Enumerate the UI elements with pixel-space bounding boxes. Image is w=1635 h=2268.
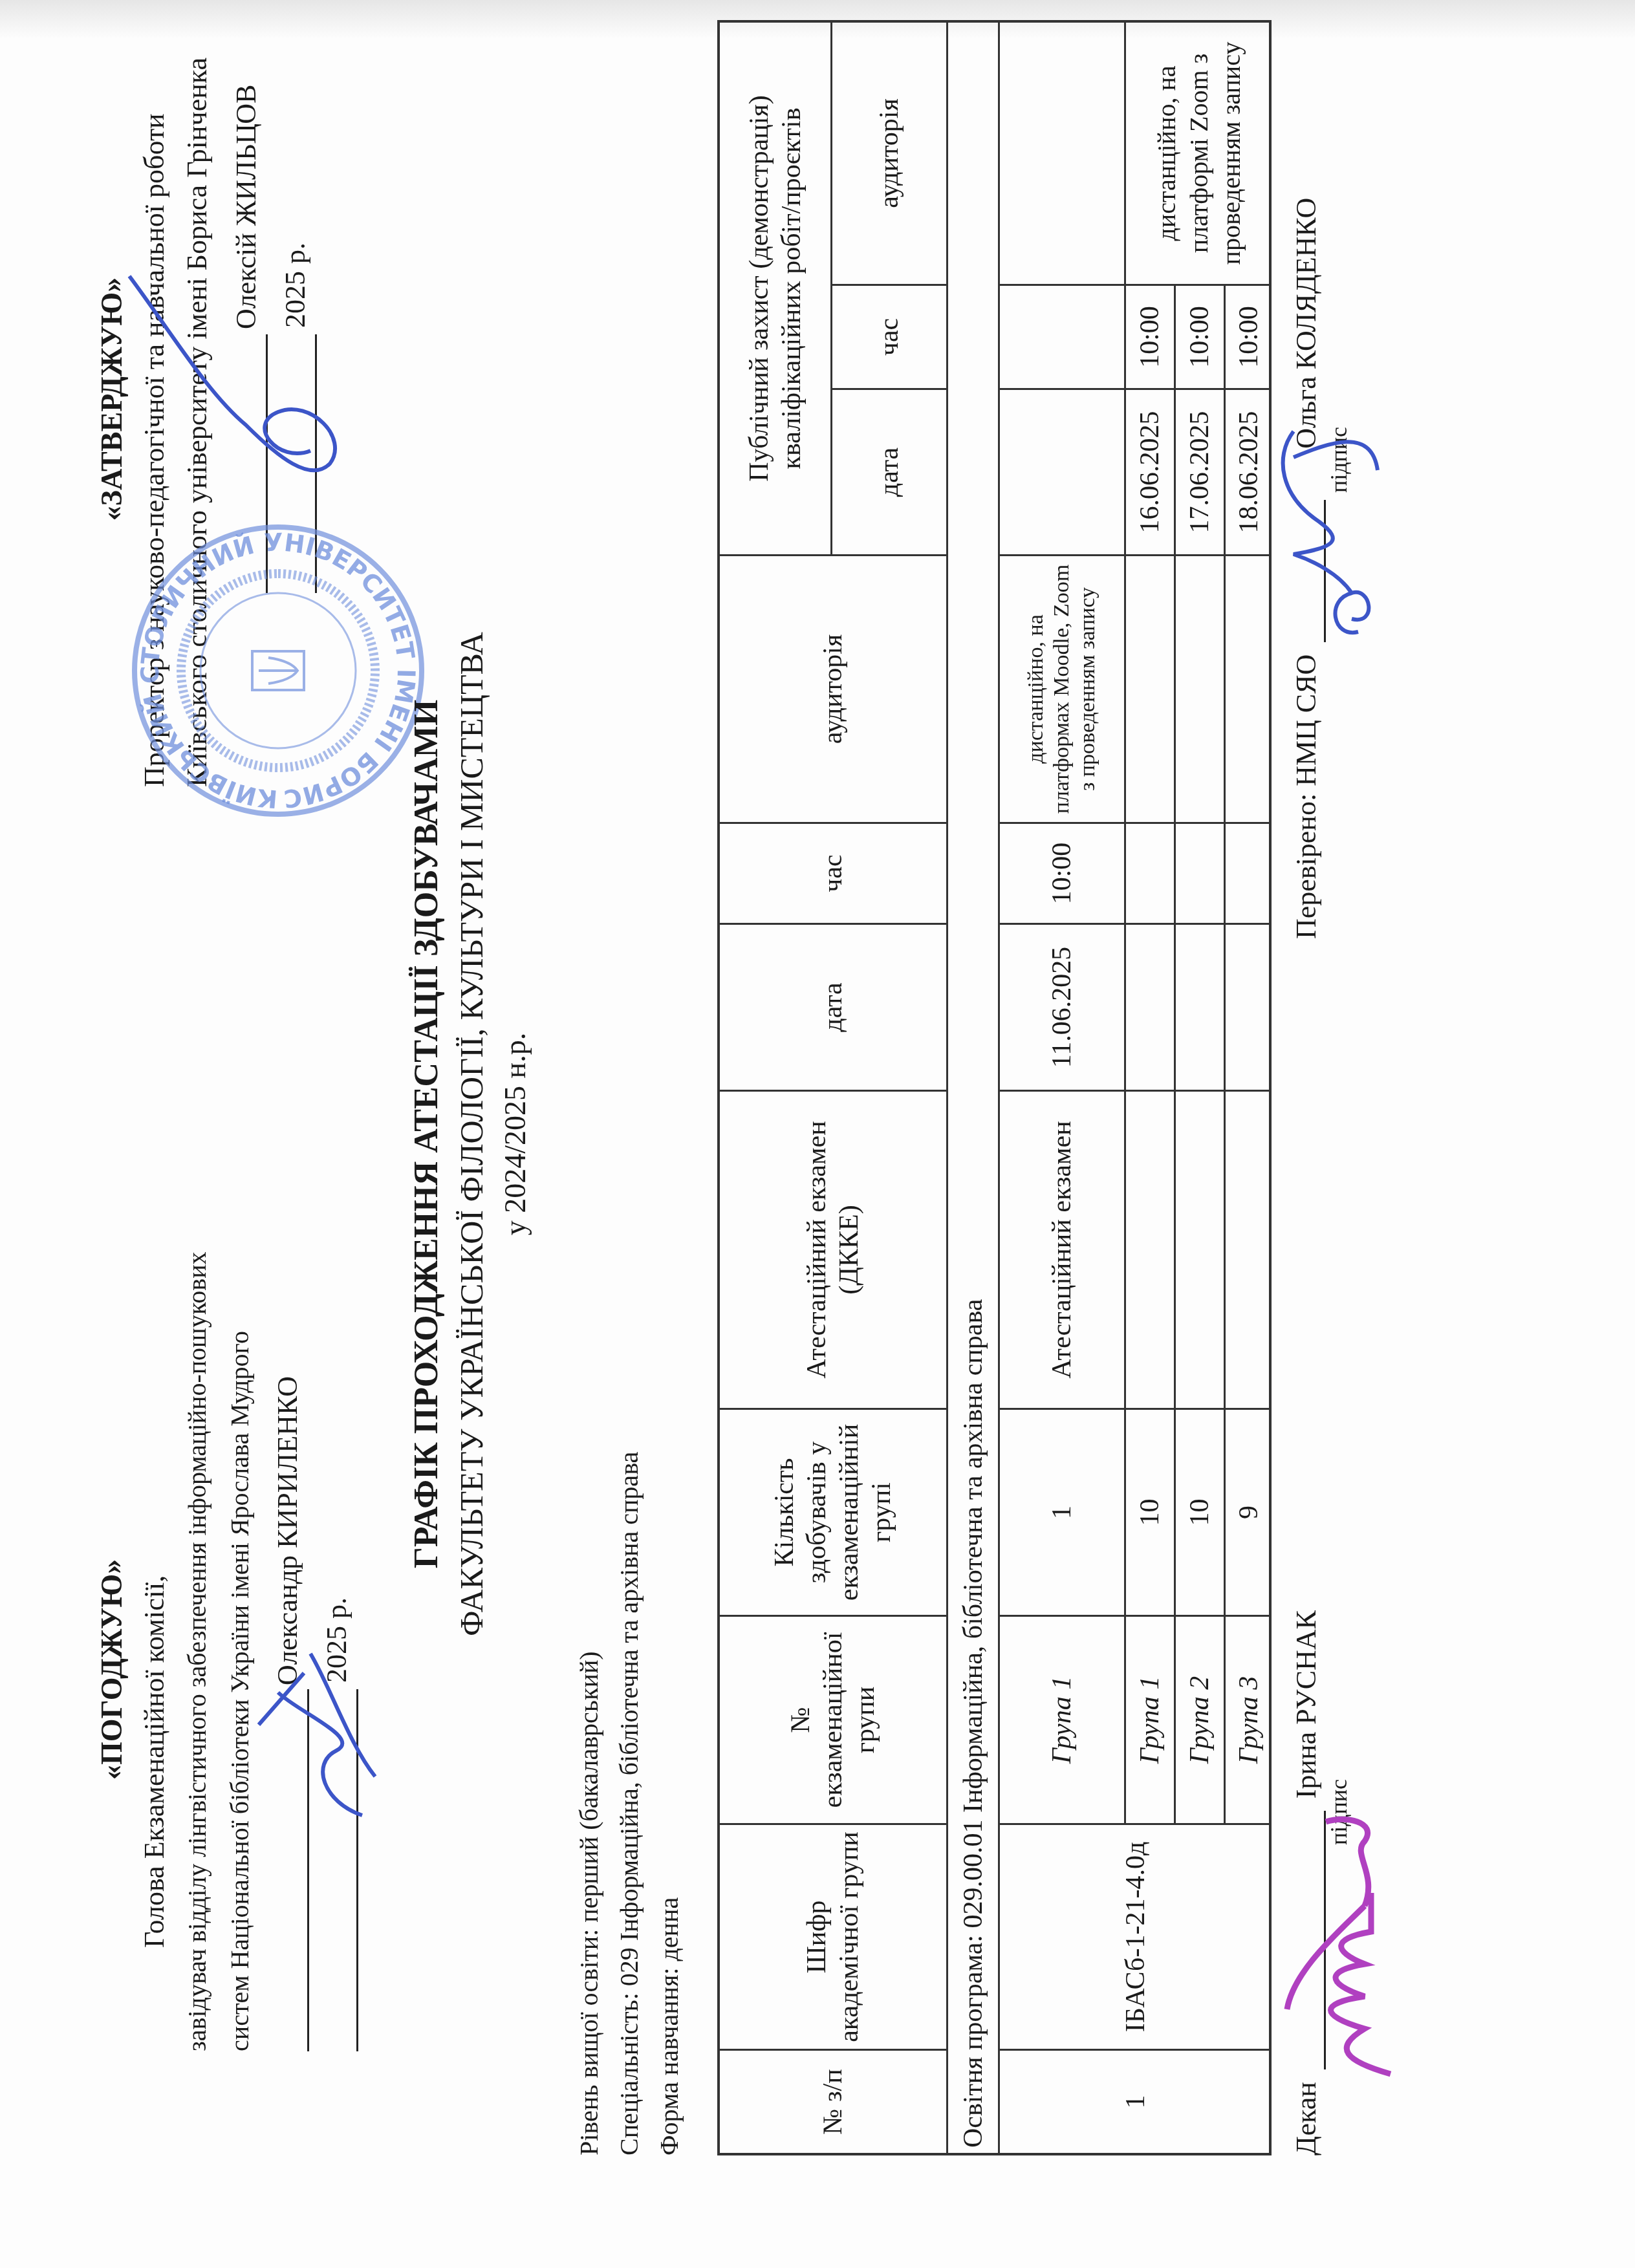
checked-label: Перевірено: НМЦ СЯО xyxy=(1290,654,1322,939)
defense-time: 10:00 xyxy=(1176,284,1226,388)
header-student-count: Кількість здобувачів у екзаменаційній гр… xyxy=(720,1408,948,1615)
signature-line xyxy=(1324,1811,1326,2069)
faculty-title: ФАКУЛЬТЕТУ УКРАЇНСЬКОЇ ФІЛОЛОГІЇ, КУЛЬТУ… xyxy=(453,0,490,2268)
empty-cell xyxy=(1000,23,1126,284)
defense-group: Група 3 xyxy=(1226,1615,1272,1823)
defense-date: 16.06.2025 xyxy=(1126,388,1176,554)
header-num: № з/п xyxy=(720,2049,948,2153)
checked-signature-caption: підпис xyxy=(1326,34,1352,939)
header-exam: Атестаційний екзамен (ДККЕ) xyxy=(720,1090,948,1408)
empty-cell xyxy=(1176,923,1226,1090)
row-group-code: ІБАСб-1-21-4.0д xyxy=(1000,1823,1272,2049)
defense-time: 10:00 xyxy=(1226,284,1272,388)
header-group-code: Шифр академічної групи xyxy=(720,1823,948,2049)
defense-count: 10 xyxy=(1176,1408,1226,1615)
exam-room: дистанційно, на платформах Moodle, Zoom … xyxy=(1000,554,1126,822)
empty-cell xyxy=(1000,284,1126,388)
signature-line xyxy=(307,1689,309,2051)
page-title: ГРАФІК ПРОХОДЖЕННЯ АТЕСТАЦІЇ ЗДОБУВАЧАМИ xyxy=(407,0,446,2268)
study-form: Форма навчання: денна xyxy=(649,1452,689,2155)
header-defense-date: дата xyxy=(832,388,948,554)
empty-cell xyxy=(1226,822,1272,923)
header-defense-room: аудиторія xyxy=(832,23,948,284)
approval-right-heading: «ЗАТВЕРДЖУЮ» xyxy=(91,11,133,787)
defense-count: 10 xyxy=(1126,1408,1176,1615)
approval-right-date: 2025 р. xyxy=(279,243,311,328)
approval-left-line3: систем Національної бібліотеки України і… xyxy=(219,1081,261,2051)
program-row: Освітня програма: 029.00.01 Інформаційна… xyxy=(948,23,1000,2153)
checked-signature-block: Перевірено: НМЦ СЯО Ольга КОЛЯДЕНКО підп… xyxy=(1287,34,1352,939)
defense-date: 17.06.2025 xyxy=(1176,388,1226,554)
attestation-schedule-table: № з/п Шифр академічної групи № екзаменац… xyxy=(717,20,1272,2155)
university-stamp: КИЇВСЬКИЙ СТОЛИЧНИЙ УНІВЕРСИТЕТ ІМЕНІ БО… xyxy=(129,522,427,819)
dean-label: Декан xyxy=(1290,2082,1322,2155)
education-level: Рівень вищої освіти: перший (бакалаврськ… xyxy=(569,1452,609,2155)
empty-cell xyxy=(1226,1090,1272,1408)
checked-name: Ольга КОЛЯДЕНКО xyxy=(1290,198,1322,449)
approval-left-line1: Голова Екзаменаційної комісії, xyxy=(133,1081,176,2051)
defense-date: 18.06.2025 xyxy=(1226,388,1272,554)
exam-time: 10:00 xyxy=(1000,822,1126,923)
approval-left-line2: завідувач відділу лінгвістичного забезпе… xyxy=(176,1081,219,2051)
empty-cell xyxy=(1176,1090,1226,1408)
document-page: «ПОГОДЖУЮ» Голова Екзаменаційної комісії… xyxy=(0,0,1635,2268)
empty-cell xyxy=(1176,822,1226,923)
empty-cell xyxy=(1126,554,1176,822)
dean-signature-caption: підпис xyxy=(1326,1185,1352,2155)
empty-cell xyxy=(1226,554,1272,822)
exam-date: 11.06.2025 xyxy=(1000,923,1126,1090)
dean-name: Ірина РУСНАК xyxy=(1290,1610,1322,1798)
academic-year: у 2024/2025 н.р. xyxy=(498,0,532,2268)
header-defense: Публічний захист (демонстрація) кваліфік… xyxy=(720,23,832,554)
defense-count: 9 xyxy=(1226,1408,1272,1615)
approval-left-date: 2025 р. xyxy=(321,1597,352,1683)
empty-cell xyxy=(1176,554,1226,822)
row-num: 1 xyxy=(1000,2049,1272,2153)
specialty: Спеціальність: 029 Інформаційна, бібліот… xyxy=(609,1452,649,2155)
approval-left-heading: «ПОГОДЖУЮ» xyxy=(91,1081,133,2051)
exam-count: 1 xyxy=(1000,1408,1126,1615)
approval-left-block: «ПОГОДЖУЮ» Голова Екзаменаційної комісії… xyxy=(91,1081,358,2051)
meta-info: Рівень вищої освіти: перший (бакалаврськ… xyxy=(569,1452,689,2155)
header-exam-group: № екзаменаційної групи xyxy=(720,1615,948,1823)
header-exam-time: час xyxy=(720,822,948,923)
header-exam-date: дата xyxy=(720,923,948,1090)
date-line xyxy=(356,1689,358,2051)
defense-group: Група 1 xyxy=(1126,1615,1176,1823)
empty-cell xyxy=(1126,1090,1176,1408)
empty-cell xyxy=(1226,923,1272,1090)
header-defense-time: час xyxy=(832,284,948,388)
empty-cell xyxy=(1126,822,1176,923)
empty-cell xyxy=(1000,388,1126,554)
header-exam-room: аудиторія xyxy=(720,554,948,822)
approval-right-name: Олексій ЖИЛЬЦОВ xyxy=(230,85,262,329)
approval-left-name: Олександр КИРИЛЕНКО xyxy=(272,1376,303,1685)
empty-cell xyxy=(1126,923,1176,1090)
defense-time: 10:00 xyxy=(1126,284,1176,388)
exam-group: Група 1 xyxy=(1000,1615,1126,1823)
defense-room: дистанційно, на платформі Zoom з проведе… xyxy=(1126,23,1272,284)
signature-line xyxy=(1324,500,1326,642)
exam-name: Атестаційний екзамен xyxy=(1000,1090,1126,1408)
defense-group: Група 2 xyxy=(1176,1615,1226,1823)
dean-signature-block: Декан Ірина РУСНАК підпис xyxy=(1287,1185,1352,2155)
